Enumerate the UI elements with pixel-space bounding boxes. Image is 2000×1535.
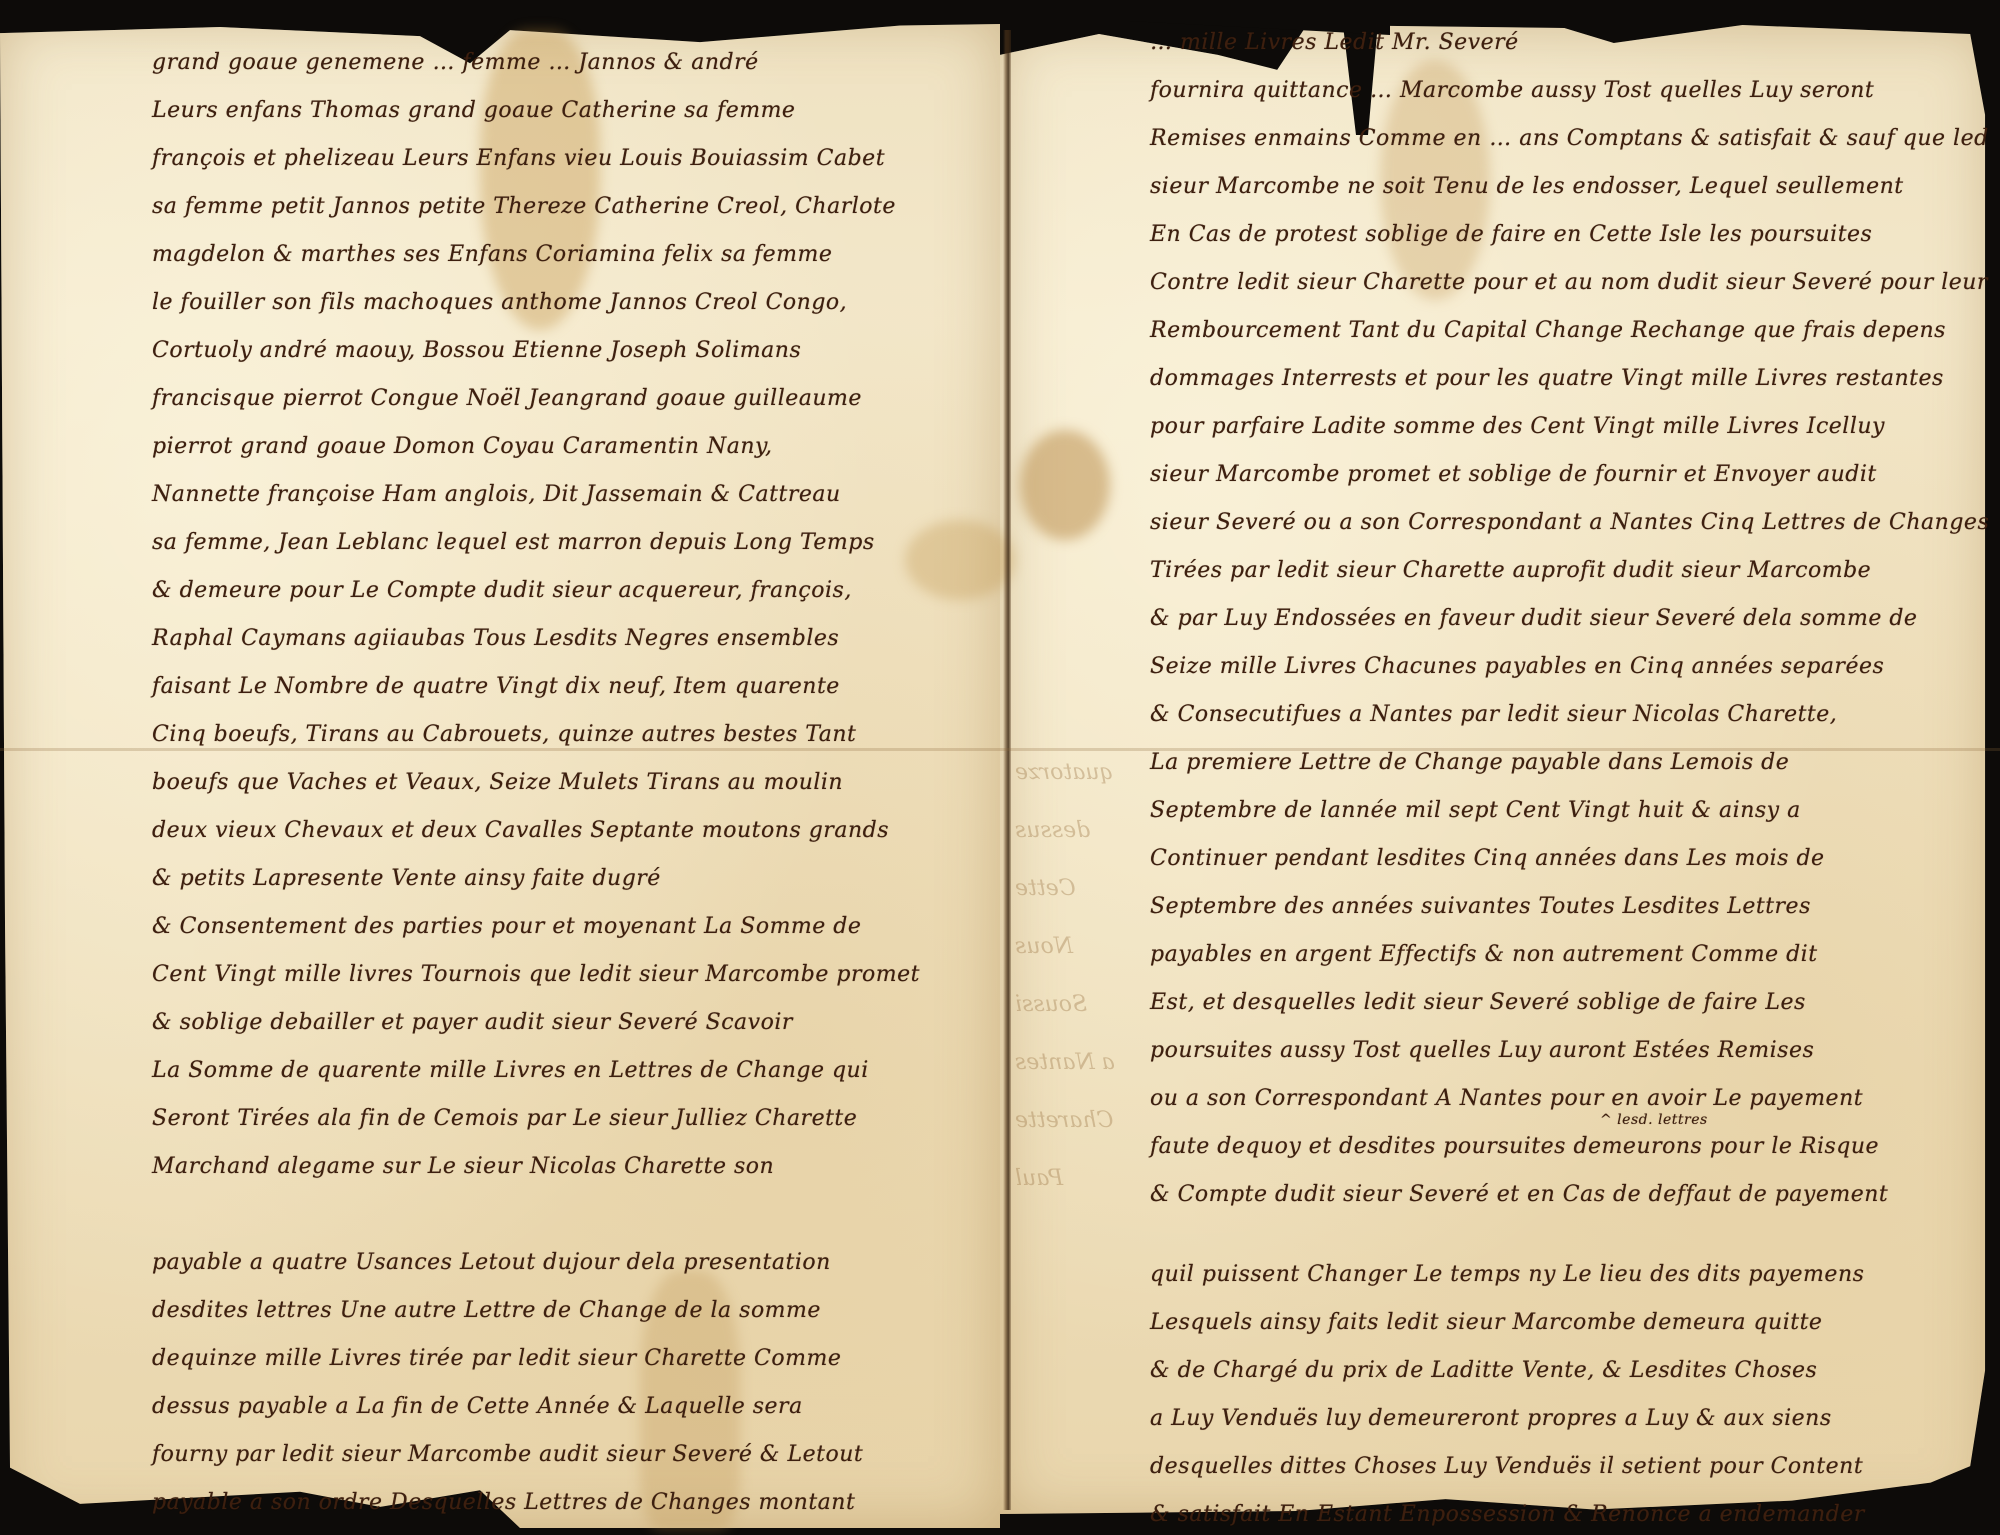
manuscript-line: & Consecutifues a Nantes par ledit sieur… — [1150, 702, 1980, 727]
bleed-through-word: Soussi — [1015, 992, 1087, 1017]
bleed-through-word: Nous — [1015, 934, 1073, 959]
manuscript-line: françois et phelizeau Leurs Enfans vieu … — [152, 146, 992, 171]
manuscript-line: deux vieux Chevaux et deux Cavalles Sept… — [152, 818, 992, 843]
manuscript-line: Nannette françoise Ham anglois, Dit Jass… — [152, 482, 992, 507]
manuscript-line: & par Luy Endossées en faveur dudit sieu… — [1150, 606, 1980, 631]
manuscript-line: payables en argent Effectifs & non autre… — [1150, 942, 1980, 967]
manuscript-line: & Consentement des parties pour et moyen… — [152, 914, 992, 939]
manuscript-line: magdelon & marthes ses Enfans Coriamina … — [152, 242, 992, 267]
manuscript-spread: quatorzedessusCetteNousSoussia NantesCha… — [0, 0, 2000, 1535]
bleed-through-word: a Nantes — [1015, 1050, 1115, 1075]
manuscript-line: Rembourcement Tant du Capital Change Rec… — [1150, 318, 1980, 343]
manuscript-line: Seize mille Livres Chacunes payables en … — [1150, 654, 1980, 679]
manuscript-line: dequinze mille Livres tirée par ledit si… — [152, 1346, 992, 1371]
manuscript-line: & de Chargé du prix de Laditte Vente, & … — [1150, 1358, 1980, 1383]
water-stain — [480, 30, 600, 330]
bleed-through-word: quatorze — [1015, 760, 1114, 785]
manuscript-line: pour parfaire Ladite somme des Cent Ving… — [1150, 414, 1980, 439]
manuscript-line: poursuites aussy Tost quelles Luy auront… — [1150, 1038, 1980, 1063]
manuscript-line: faisant Le Nombre de quatre Vingt dix ne… — [152, 674, 992, 699]
interlinear-insertion: ^ lesd. lettres — [1600, 1112, 1708, 1128]
manuscript-line: Cortuoly andré maouy, Bossou Etienne Jos… — [152, 338, 992, 363]
manuscript-line: desdites lettres Une autre Lettre de Cha… — [152, 1298, 992, 1323]
manuscript-line: desquelles dittes Choses Luy Venduës il … — [1150, 1454, 1980, 1479]
manuscript-line: sieur Severé ou a son Correspondant a Na… — [1150, 510, 1980, 535]
manuscript-line: Leurs enfans Thomas grand goaue Catherin… — [152, 98, 992, 123]
manuscript-line: … mille Livres Ledit Mr. Severé — [1150, 30, 1980, 55]
manuscript-line: Contre ledit sieur Charette pour et au n… — [1150, 270, 1980, 295]
manuscript-line: & petits Lapresente Vente ainsy faite du… — [152, 866, 992, 891]
manuscript-line: En Cas de protest soblige de faire en Ce… — [1150, 222, 1980, 247]
manuscript-line: Septembre de lannée mil sept Cent Vingt … — [1150, 798, 1980, 823]
manuscript-line: & demeure pour Le Compte dudit sieur acq… — [152, 578, 992, 603]
manuscript-line: pierrot grand goaue Domon Coyau Carament… — [152, 434, 992, 459]
manuscript-line: Raphal Caymans agiiaubas Tous Lesdits Ne… — [152, 626, 992, 651]
manuscript-line: fournira quittance … Marcombe aussy Tost… — [1150, 78, 1980, 103]
manuscript-line: Est, et desquelles ledit sieur Severé so… — [1150, 990, 1980, 1015]
bleed-through-word: Cette — [1015, 876, 1076, 901]
manuscript-line: payable a quatre Usances Letout dujour d… — [152, 1250, 992, 1275]
manuscript-line: Continuer pendant lesdites Cinq années d… — [1150, 846, 1980, 871]
manuscript-line: ou a son Correspondant A Nantes pour en … — [1150, 1086, 1980, 1111]
manuscript-line: Marchand alegame sur Le sieur Nicolas Ch… — [152, 1154, 992, 1179]
manuscript-line: Septembre des années suivantes Toutes Le… — [1150, 894, 1980, 919]
manuscript-line: quil puissent Changer Le temps ny Le lie… — [1150, 1262, 1980, 1287]
manuscript-line: sa femme petit Jannos petite Thereze Cat… — [152, 194, 992, 219]
manuscript-line: fourny par ledit sieur Marcombe audit si… — [152, 1442, 992, 1467]
center-fold — [1003, 30, 1011, 1510]
manuscript-line: faute dequoy et desdites poursuites deme… — [1150, 1134, 1980, 1159]
manuscript-line: & Compte dudit sieur Severé et en Cas de… — [1150, 1182, 1980, 1207]
manuscript-line: sieur Marcombe promet et soblige de four… — [1150, 462, 1980, 487]
manuscript-line: boeufs que Vaches et Veaux, Seize Mulets… — [152, 770, 992, 795]
manuscript-line: grand goaue genemene … femme … Jannos & … — [152, 50, 992, 75]
manuscript-line: & satisfait En Estant Enpossession & Ren… — [1150, 1502, 1980, 1527]
manuscript-line: Seront Tirées ala fin de Cemois par Le s… — [152, 1106, 992, 1131]
manuscript-line: & soblige debailler et payer audit sieur… — [152, 1010, 992, 1035]
manuscript-line: francisque pierrot Congue Noël Jeangrand… — [152, 386, 992, 411]
manuscript-line: La Somme de quarente mille Livres en Let… — [152, 1058, 992, 1083]
manuscript-line: Tirées par ledit sieur Charette auprofit… — [1150, 558, 1980, 583]
bleed-through-word: Paul — [1015, 1166, 1063, 1191]
bleed-through-word: dessus — [1015, 818, 1090, 843]
manuscript-line: Cent Vingt mille livres Tournois que led… — [152, 962, 992, 987]
manuscript-line: sa femme, Jean Leblanc lequel est marron… — [152, 530, 992, 555]
manuscript-line: a Luy Venduës luy demeureront propres a … — [1150, 1406, 1980, 1431]
manuscript-line: Cinq boeufs, Tirans au Cabrouets, quinze… — [152, 722, 992, 747]
manuscript-line: payable a son ordre Desquelles Lettres d… — [152, 1490, 992, 1515]
manuscript-line: Remises enmains Comme en … ans Comptans … — [1150, 126, 1980, 151]
bleed-through-word: Charette — [1015, 1108, 1113, 1133]
manuscript-line: sieur Marcombe ne soit Tenu de les endos… — [1150, 174, 1980, 199]
manuscript-line: dommages Interrests et pour les quatre V… — [1150, 366, 1980, 391]
manuscript-line: La premiere Lettre de Change payable dan… — [1150, 750, 1980, 775]
manuscript-line: le fouiller son fils machoques anthome J… — [152, 290, 992, 315]
manuscript-line: Lesquels ainsy faits ledit sieur Marcomb… — [1150, 1310, 1980, 1335]
water-stain — [1020, 430, 1110, 540]
manuscript-line: dessus payable a La fin de Cette Année &… — [152, 1394, 992, 1419]
